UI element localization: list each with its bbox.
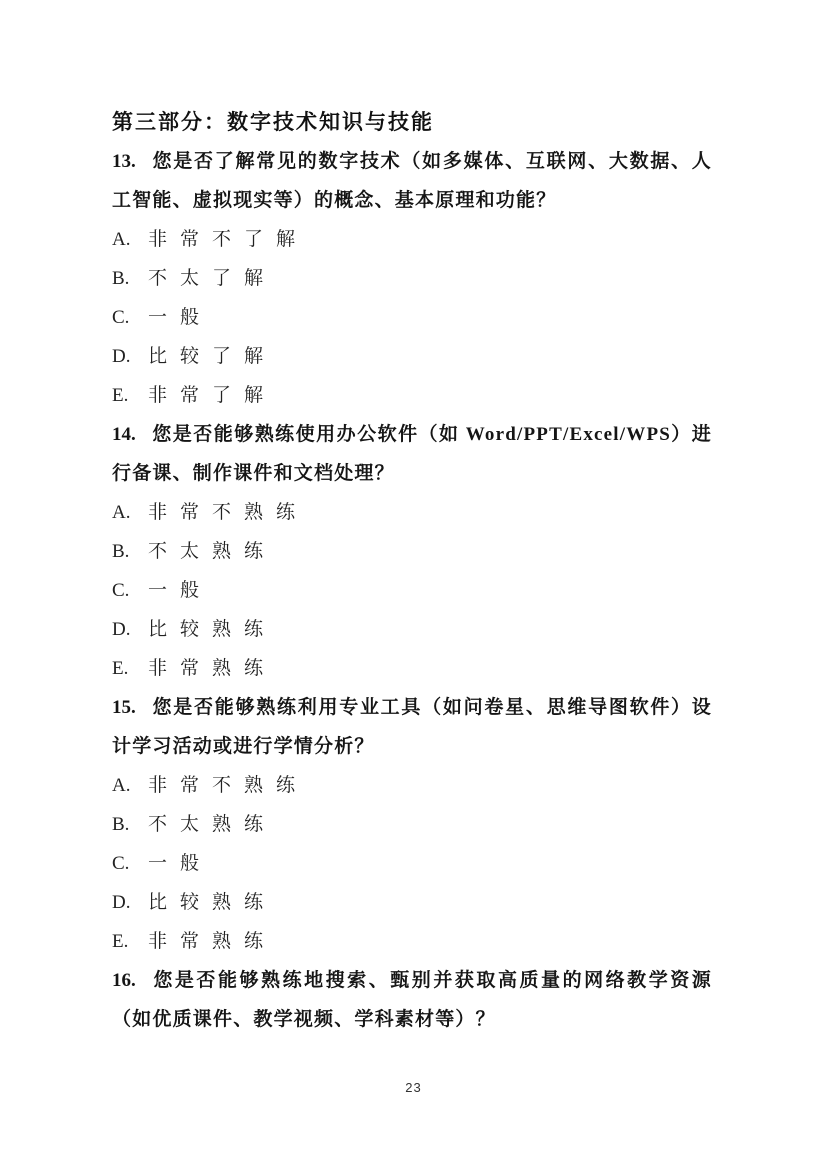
question-text: 13.您是否了解常见的数字技术（如多媒体、互联网、大数据、人工智能、虚拟现实等）… — [112, 142, 712, 220]
document-page: 第三部分：数字技术知识与技能 13.您是否了解常见的数字技术（如多媒体、互联网、… — [0, 0, 827, 1169]
question-text: 15.您是否能够熟练利用专业工具（如问卷星、思维导图软件）设计学习活动或进行学情… — [112, 688, 712, 766]
option-label: 非常熟练 — [148, 922, 276, 961]
option-letter: A. — [112, 766, 148, 805]
option-letter: D. — [112, 337, 148, 376]
option-label: 比较熟练 — [148, 610, 276, 649]
option-label: 非常了解 — [148, 376, 276, 415]
question-number: 16. — [112, 961, 152, 1000]
option-label: 不太熟练 — [148, 532, 276, 571]
option-label: 非常不了解 — [148, 220, 308, 259]
option-letter: E. — [112, 649, 148, 688]
option-row: B. 不太了解 — [112, 259, 712, 298]
option-label: 一般 — [148, 844, 212, 883]
option-row: E. 非常熟练 — [112, 922, 712, 961]
option-row: B. 不太熟练 — [112, 805, 712, 844]
option-label: 比较熟练 — [148, 883, 276, 922]
option-label: 非常不熟练 — [148, 766, 308, 805]
option-label: 不太了解 — [148, 259, 276, 298]
question-body: 您是否能够熟练使用办公软件（如 Word/PPT/Excel/WPS）进行备课、… — [112, 424, 712, 484]
option-row: D. 比较熟练 — [112, 610, 712, 649]
question-body: 您是否了解常见的数字技术（如多媒体、互联网、大数据、人工智能、虚拟现实等）的概念… — [112, 151, 712, 211]
question-16: 16.您是否能够熟练地搜索、甄别并获取高质量的网络教学资源（如优质课件、教学视频… — [112, 961, 712, 1039]
question-number: 13. — [112, 142, 152, 181]
page-number: 23 — [0, 1080, 827, 1095]
document-content: 第三部分：数字技术知识与技能 13.您是否了解常见的数字技术（如多媒体、互联网、… — [112, 103, 712, 1039]
option-row: B. 不太熟练 — [112, 532, 712, 571]
question-13: 13.您是否了解常见的数字技术（如多媒体、互联网、大数据、人工智能、虚拟现实等）… — [112, 142, 712, 415]
option-label: 非常熟练 — [148, 649, 276, 688]
question-14: 14.您是否能够熟练使用办公软件（如 Word/PPT/Excel/WPS）进行… — [112, 415, 712, 688]
question-number: 15. — [112, 688, 152, 727]
question-15: 15.您是否能够熟练利用专业工具（如问卷星、思维导图软件）设计学习活动或进行学情… — [112, 688, 712, 961]
option-letter: C. — [112, 844, 148, 883]
option-label: 比较了解 — [148, 337, 276, 376]
option-row: C. 一般 — [112, 571, 712, 610]
option-letter: D. — [112, 610, 148, 649]
option-row: E. 非常熟练 — [112, 649, 712, 688]
question-text: 16.您是否能够熟练地搜索、甄别并获取高质量的网络教学资源（如优质课件、教学视频… — [112, 961, 712, 1039]
question-body: 您是否能够熟练地搜索、甄别并获取高质量的网络教学资源（如优质课件、教学视频、学科… — [112, 970, 712, 1030]
option-letter: B. — [112, 532, 148, 571]
question-body: 您是否能够熟练利用专业工具（如问卷星、思维导图软件）设计学习活动或进行学情分析？ — [112, 697, 712, 757]
option-letter: C. — [112, 571, 148, 610]
option-row: C. 一般 — [112, 844, 712, 883]
option-label: 一般 — [148, 571, 212, 610]
option-label: 一般 — [148, 298, 212, 337]
option-letter: E. — [112, 922, 148, 961]
question-number: 14. — [112, 415, 152, 454]
option-row: A. 非常不熟练 — [112, 766, 712, 805]
option-label: 非常不熟练 — [148, 493, 308, 532]
option-letter: A. — [112, 220, 148, 259]
option-letter: B. — [112, 259, 148, 298]
option-row: D. 比较了解 — [112, 337, 712, 376]
option-row: C. 一般 — [112, 298, 712, 337]
option-letter: B. — [112, 805, 148, 844]
section-heading: 第三部分：数字技术知识与技能 — [112, 103, 712, 142]
option-row: E. 非常了解 — [112, 376, 712, 415]
option-label: 不太熟练 — [148, 805, 276, 844]
option-row: D. 比较熟练 — [112, 883, 712, 922]
option-row: A. 非常不熟练 — [112, 493, 712, 532]
option-row: A. 非常不了解 — [112, 220, 712, 259]
question-text: 14.您是否能够熟练使用办公软件（如 Word/PPT/Excel/WPS）进行… — [112, 415, 712, 493]
option-letter: D. — [112, 883, 148, 922]
option-letter: A. — [112, 493, 148, 532]
option-letter: E. — [112, 376, 148, 415]
option-letter: C. — [112, 298, 148, 337]
